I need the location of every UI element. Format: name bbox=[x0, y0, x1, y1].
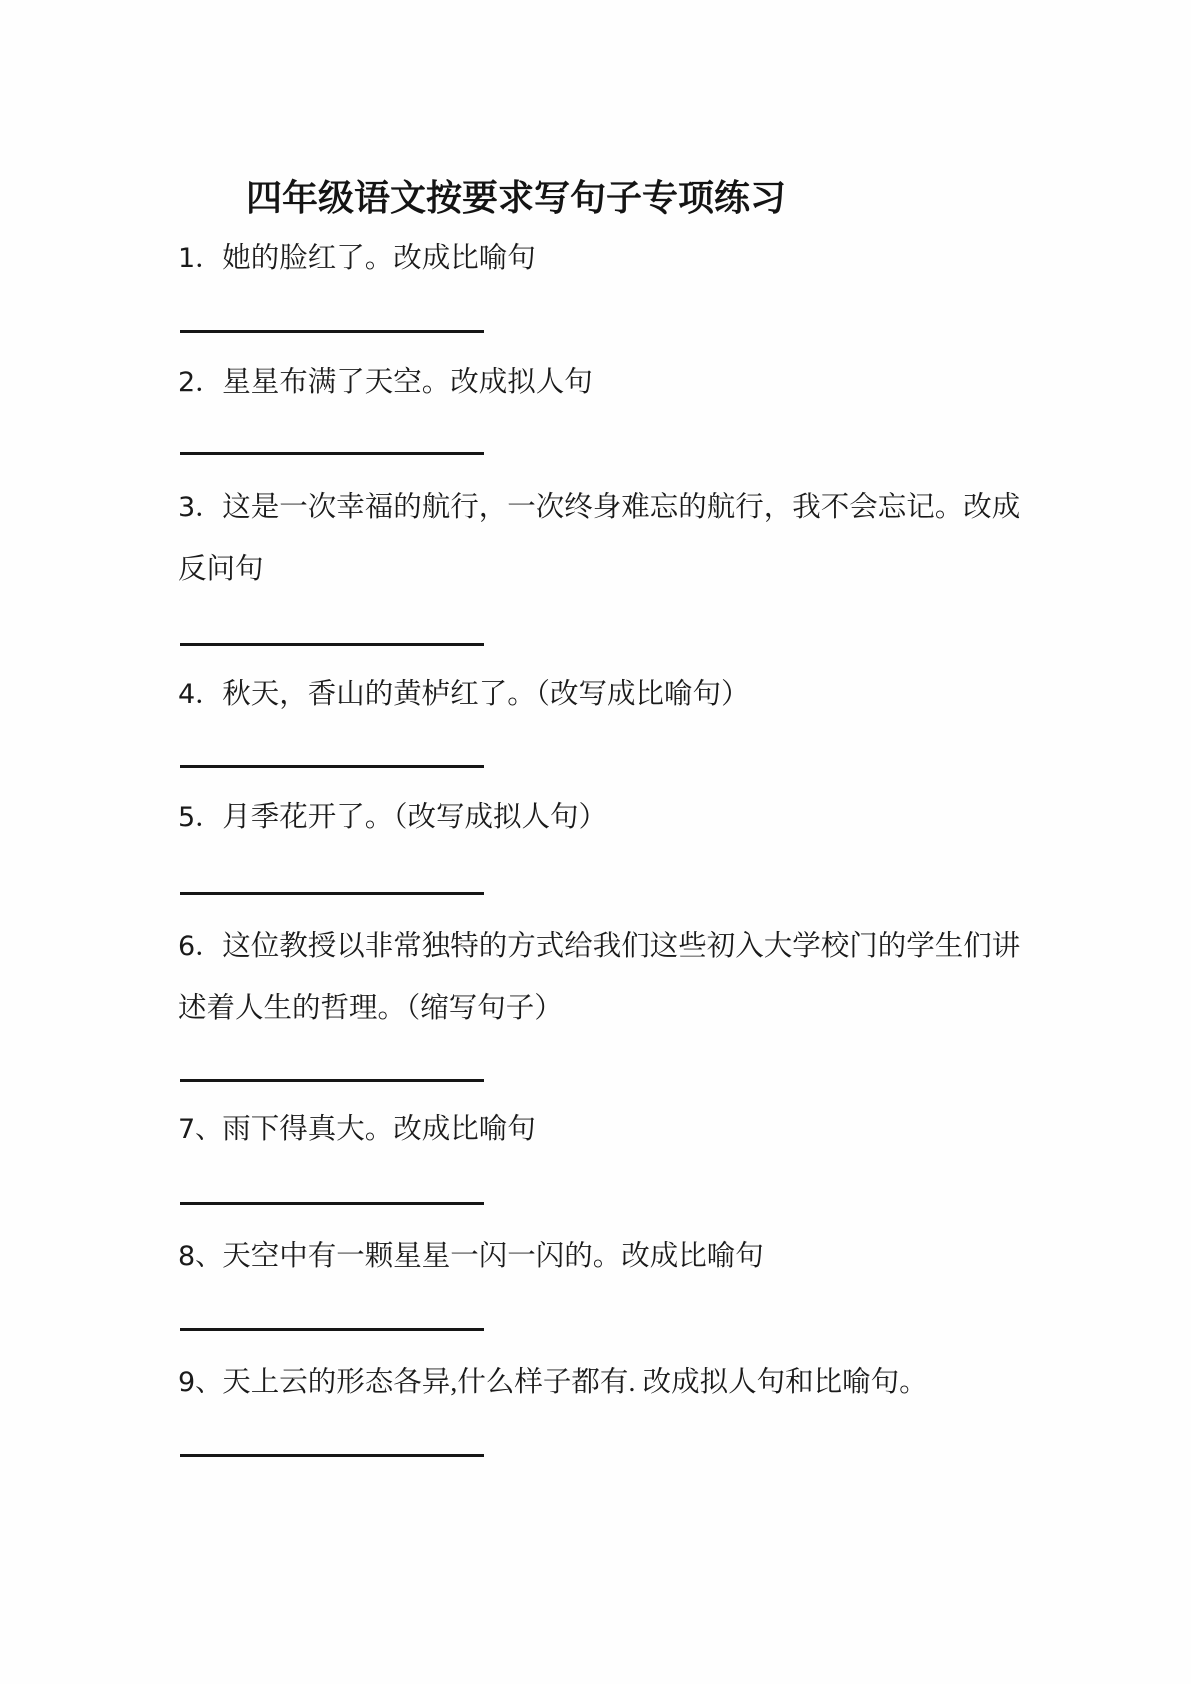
question-number: 6． bbox=[178, 931, 222, 962]
question-text: 天空中有一颗星星一闪一闪的。改成比喻句 bbox=[222, 1241, 764, 1272]
answer-blank-line-9 bbox=[180, 1454, 484, 1457]
question-text-line: 9、天上云的形态各异,什么样子都有. 改成拟人句和比喻句。 bbox=[178, 1352, 928, 1414]
question-item-7: 7、雨下得真大。改成比喻句 bbox=[178, 1099, 536, 1161]
question-text: 雨下得真大。改成比喻句 bbox=[222, 1114, 536, 1145]
question-text-line: 述着人生的哲理。（缩写句子） bbox=[178, 978, 1020, 1040]
answer-blank-line-3 bbox=[180, 643, 484, 646]
question-text-line: 3．这是一次幸福的航行，一次终身难忘的航行，我不会忘记。改成 bbox=[178, 477, 1020, 539]
question-text-line: 4．秋天，香山的黄栌红了。（改写成比喻句） bbox=[178, 664, 749, 726]
question-text-line: 7、雨下得真大。改成比喻句 bbox=[178, 1099, 536, 1161]
question-text-line: 5．月季花开了。（改写成拟人句） bbox=[178, 787, 607, 849]
answer-blank-line-5 bbox=[180, 892, 484, 895]
question-number: 2． bbox=[178, 367, 222, 398]
question-text: 月季花开了。（改写成拟人句） bbox=[222, 802, 607, 833]
question-number: 4． bbox=[178, 679, 222, 710]
question-item-6: 6．这位教授以非常独特的方式给我们这些初入大学校门的学生们讲 述着人生的哲理。（… bbox=[178, 916, 1020, 1040]
page-title: 四年级语文按要求写句子专项练习 bbox=[246, 170, 786, 221]
question-item-2: 2．星星布满了天空。改成拟人句 bbox=[178, 352, 593, 414]
question-number: 1． bbox=[178, 243, 222, 274]
question-text-line: 2．星星布满了天空。改成拟人句 bbox=[178, 352, 593, 414]
question-item-5: 5．月季花开了。（改写成拟人句） bbox=[178, 787, 607, 849]
question-text-line: 1．她的脸红了。改成比喻句 bbox=[178, 228, 536, 290]
question-item-1: 1．她的脸红了。改成比喻句 bbox=[178, 228, 536, 290]
question-text-line: 6．这位教授以非常独特的方式给我们这些初入大学校门的学生们讲 bbox=[178, 916, 1020, 978]
answer-blank-line-4 bbox=[180, 765, 484, 768]
question-item-3: 3．这是一次幸福的航行，一次终身难忘的航行，我不会忘记。改成 反问句 bbox=[178, 477, 1020, 601]
worksheet-page: 四年级语文按要求写句子专项练习 1．她的脸红了。改成比喻句 2．星星布满了天空。… bbox=[0, 0, 1191, 1684]
question-text: 秋天，香山的黄栌红了。（改写成比喻句） bbox=[222, 679, 749, 710]
question-text: 星星布满了天空。改成拟人句 bbox=[222, 367, 593, 398]
question-item-9: 9、天上云的形态各异,什么样子都有. 改成拟人句和比喻句。 bbox=[178, 1352, 928, 1414]
question-text: 天上云的形态各异,什么样子都有. 改成拟人句和比喻句。 bbox=[222, 1367, 927, 1398]
answer-blank-line-2 bbox=[180, 452, 484, 455]
question-number: 5． bbox=[178, 802, 222, 833]
answer-blank-line-7 bbox=[180, 1202, 484, 1205]
question-text-line: 8、天空中有一颗星星一闪一闪的。改成比喻句 bbox=[178, 1226, 764, 1288]
answer-blank-line-8 bbox=[180, 1328, 484, 1331]
question-text-line: 反问句 bbox=[178, 539, 1020, 601]
question-number: 7、 bbox=[178, 1114, 222, 1145]
question-item-4: 4．秋天，香山的黄栌红了。（改写成比喻句） bbox=[178, 664, 749, 726]
question-item-8: 8、天空中有一颗星星一闪一闪的。改成比喻句 bbox=[178, 1226, 764, 1288]
answer-blank-line-1 bbox=[180, 330, 484, 333]
question-text: 这是一次幸福的航行，一次终身难忘的航行，我不会忘记。改成 bbox=[222, 492, 1020, 523]
question-text: 她的脸红了。改成比喻句 bbox=[222, 243, 536, 274]
question-number: 8、 bbox=[178, 1241, 222, 1272]
question-number: 3． bbox=[178, 492, 222, 523]
answer-blank-line-6 bbox=[180, 1079, 484, 1082]
question-text: 这位教授以非常独特的方式给我们这些初入大学校门的学生们讲 bbox=[222, 931, 1020, 962]
question-number: 9、 bbox=[178, 1367, 222, 1398]
